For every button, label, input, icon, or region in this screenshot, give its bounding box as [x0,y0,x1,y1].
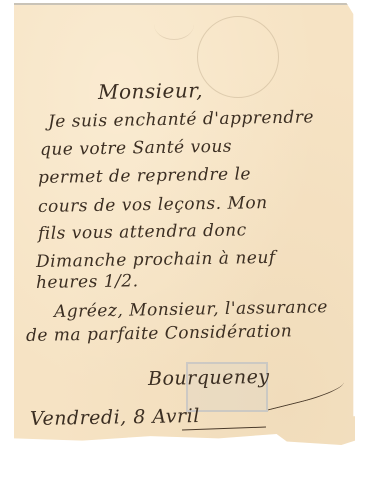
body-line-2: que votre Santé vous [40,137,232,160]
body-line-3: permet de reprendre le [38,164,251,188]
body-line-5: fils vous attendra donc [38,220,247,244]
body-line-6: Dimanche prochain à neuf [36,248,276,272]
body-line-4: cours de vos leçons. Mon [38,193,268,217]
salutation: Monsieur, [98,78,203,104]
date-line: Vendredi, 8 Avril [30,405,200,430]
postmark-partial [154,9,194,40]
postmark-circle [197,16,279,98]
body-line-7: heures 1/2. [36,271,139,293]
signature: Bourqueney [148,366,270,390]
